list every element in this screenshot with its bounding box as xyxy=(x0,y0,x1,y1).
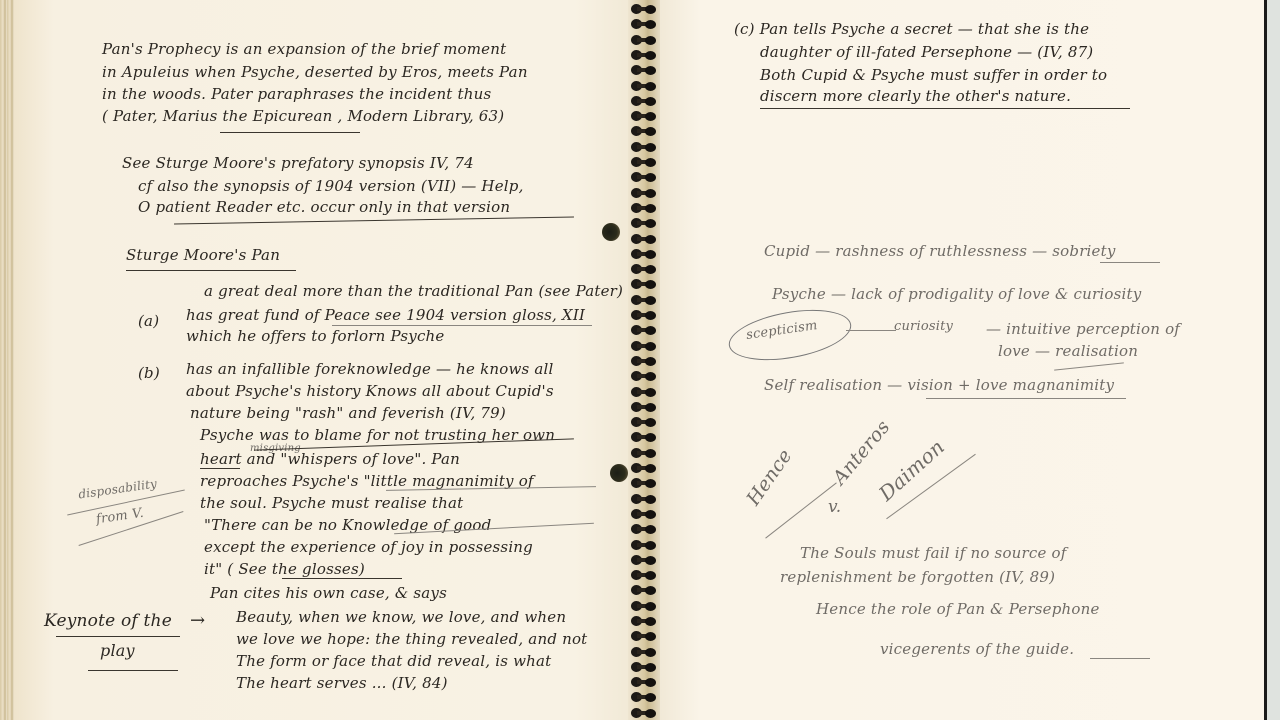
text-line: Pan cites his own case, & says xyxy=(210,584,447,602)
margin-rule xyxy=(56,636,180,637)
pencil-note: The Souls must fail if no source of xyxy=(800,544,1067,562)
binding-coil xyxy=(631,417,657,427)
list-marker: (b) xyxy=(138,364,160,382)
underline xyxy=(1100,262,1160,263)
binding-coil xyxy=(631,295,657,305)
underline xyxy=(1090,658,1150,659)
text-line: a great deal more than the traditional P… xyxy=(204,282,623,300)
text-line: the soul. Psyche must realise that xyxy=(200,494,463,512)
left-page: Pan's Prophecy is an expansion of the br… xyxy=(14,0,632,720)
text-line: in the woods. Pater paraphrases the inci… xyxy=(102,85,491,103)
underline xyxy=(126,270,296,271)
pencil-note: Psyche — lack of prodigality of love & c… xyxy=(772,285,1141,303)
text-line: ( Pater, Marius the Epicurean , Modern L… xyxy=(102,107,504,125)
underline xyxy=(174,217,574,225)
binding-coil xyxy=(631,371,657,381)
binding-coil xyxy=(631,126,657,136)
text-line: except the experience of joy in possessi… xyxy=(204,538,533,556)
pencil-note: love — realisation xyxy=(998,342,1138,360)
underline xyxy=(760,108,1130,109)
pencil-note: replenishment be forgotten (IV, 89) xyxy=(780,568,1055,586)
margin-note-keynote: Keynote of the xyxy=(44,612,172,630)
binding-coil xyxy=(631,570,657,580)
text-line: See Sturge Moore's prefatory synopsis IV… xyxy=(122,154,474,172)
text-line: cf also the synopsis of 1904 version (VI… xyxy=(138,177,524,195)
binding-coil xyxy=(631,647,657,657)
pencil-note: Self realisation — vision + love magnani… xyxy=(764,376,1114,394)
binding-coil xyxy=(631,96,657,106)
underline xyxy=(1054,362,1124,370)
binding-coil xyxy=(631,157,657,167)
binding-coil xyxy=(631,585,657,595)
pencil-note: Daimon xyxy=(876,437,947,504)
pencil-note: Cupid — rashness of ruthlessness — sobri… xyxy=(764,242,1116,260)
pencil-note: — intuitive perception of xyxy=(986,320,1180,338)
binding-coil xyxy=(631,142,657,152)
binding-coil xyxy=(631,463,657,473)
text-line: The form or face that did reveal, is wha… xyxy=(236,652,551,670)
text-line: has an infallible foreknowledge — he kno… xyxy=(186,360,554,378)
right-page: (c) Pan tells Psyche a secret — that she… xyxy=(660,0,1267,720)
binding-coil xyxy=(631,234,657,244)
binding-coil xyxy=(631,279,657,289)
binding-coil xyxy=(631,524,657,534)
binding-coil xyxy=(631,4,657,14)
text-line: discern more clearly the other's nature. xyxy=(760,87,1071,105)
binding-coil xyxy=(631,111,657,121)
binding-coil xyxy=(631,555,657,565)
punch-hole xyxy=(610,464,628,482)
binding-coil xyxy=(631,448,657,458)
pencil-note: vicegerents of the guide. xyxy=(880,640,1074,658)
binding-coil xyxy=(631,692,657,702)
text-line: which he offers to forlorn Psyche xyxy=(186,327,445,345)
pencil-note: v. xyxy=(828,498,841,516)
binding-coil xyxy=(631,708,657,718)
margin-note: disposability xyxy=(77,475,158,504)
text-line: heart and "whispers of love". Pan xyxy=(200,450,460,468)
text-line: (c) Pan tells Psyche a secret — that she… xyxy=(734,20,1089,38)
binding-coil xyxy=(631,356,657,366)
text-line: The heart serves ... (IV, 84) xyxy=(236,674,448,692)
text-line: in Apuleius when Psyche, deserted by Ero… xyxy=(102,63,528,81)
binding-coil xyxy=(631,81,657,91)
binding-coil xyxy=(631,50,657,60)
binding-coil xyxy=(631,341,657,351)
text-line: nature being "rash" and feverish (IV, 79… xyxy=(190,404,506,422)
margin-rule xyxy=(88,670,178,671)
margin-note-keynote: play xyxy=(100,642,135,660)
binding-coil xyxy=(631,188,657,198)
pencil-note: Hence the role of Pan & Persephone xyxy=(816,600,1100,618)
binding-coil xyxy=(631,310,657,320)
list-marker: (a) xyxy=(138,312,159,330)
text-line: Pan's Prophecy is an expansion of the br… xyxy=(102,40,506,58)
text-line: we love we hope: the thing revealed, and… xyxy=(236,630,587,648)
text-line: has great fund of Peace see 1904 version… xyxy=(186,306,585,324)
binding-coil xyxy=(631,249,657,259)
binding-coil xyxy=(631,494,657,504)
binding-coil xyxy=(631,540,657,550)
binding-coil xyxy=(631,402,657,412)
punch-hole xyxy=(602,223,620,241)
underline xyxy=(282,578,402,579)
binding-coil xyxy=(631,264,657,274)
binding-coil xyxy=(631,616,657,626)
binding-coil xyxy=(631,631,657,641)
underline xyxy=(220,132,360,133)
text-line: Both Cupid & Psyche must suffer in order… xyxy=(760,66,1107,84)
binding-coil xyxy=(631,432,657,442)
binding-coil xyxy=(631,601,657,611)
arrow-icon: → xyxy=(190,612,205,630)
underline xyxy=(332,325,592,326)
binding-coil xyxy=(631,325,657,335)
pencil-note: Hence xyxy=(744,446,795,508)
section-heading: Sturge Moore's Pan xyxy=(126,246,280,264)
pencil-note: Anteros xyxy=(830,417,893,487)
underline xyxy=(926,398,1126,399)
binding-coil xyxy=(631,218,657,228)
binding-coil xyxy=(631,509,657,519)
background-margin xyxy=(1267,0,1280,720)
underline xyxy=(765,482,837,538)
text-line: about Psyche's history Knows all about C… xyxy=(186,382,554,400)
underline xyxy=(200,468,240,469)
binding-coil xyxy=(631,19,657,29)
text-line: it" ( See the glosses) xyxy=(204,560,365,578)
pencil-note: curiosity xyxy=(894,318,953,336)
binding-coil xyxy=(631,172,657,182)
binding-coil xyxy=(631,203,657,213)
binding-coil xyxy=(631,478,657,488)
binding-coil xyxy=(631,35,657,45)
text-line: O patient Reader etc. occur only in that… xyxy=(138,198,510,216)
text-line: Beauty, when we know, we love, and when xyxy=(236,608,566,626)
binding-coil xyxy=(631,65,657,75)
binding-coil xyxy=(631,677,657,687)
text-line: daughter of ill-fated Persephone — (IV, … xyxy=(760,43,1093,61)
binding-coil xyxy=(631,387,657,397)
binding-coil xyxy=(631,662,657,672)
connector-line xyxy=(846,330,896,331)
